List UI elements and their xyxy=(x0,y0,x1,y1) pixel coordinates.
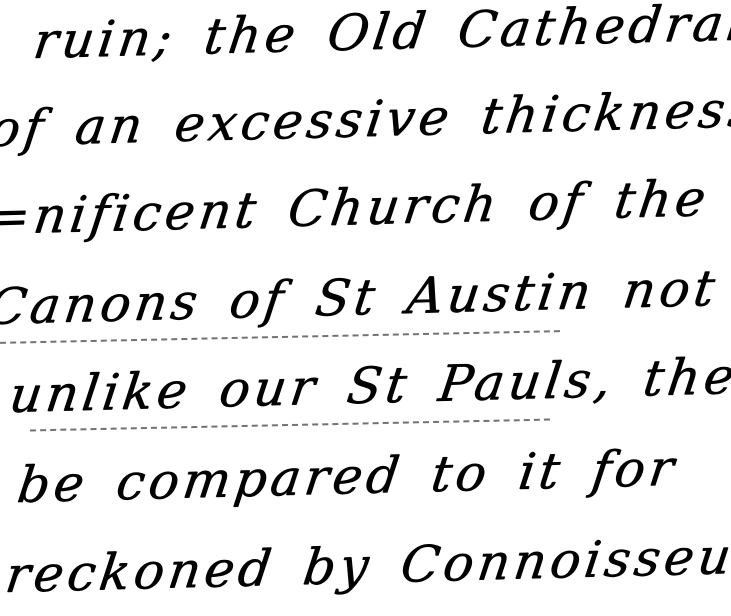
manuscript-page: ruin; the Old Cathedral, of an excessive… xyxy=(0,0,731,616)
handwritten-line-7: reckoned by Connoisseu xyxy=(2,527,731,604)
handwritten-line-4: Canons of St Austin not xyxy=(0,259,722,336)
handwritten-line-2: of an excessive thickness xyxy=(0,80,731,158)
handwritten-line-6: be compared to it for xyxy=(14,439,681,514)
handwritten-line-1: ruin; the Old Cathedral, xyxy=(30,0,731,70)
handwritten-line-5: unlike our St Pauls, the xyxy=(6,347,731,424)
handwritten-line-3: =nificent Church of the xyxy=(0,169,713,246)
